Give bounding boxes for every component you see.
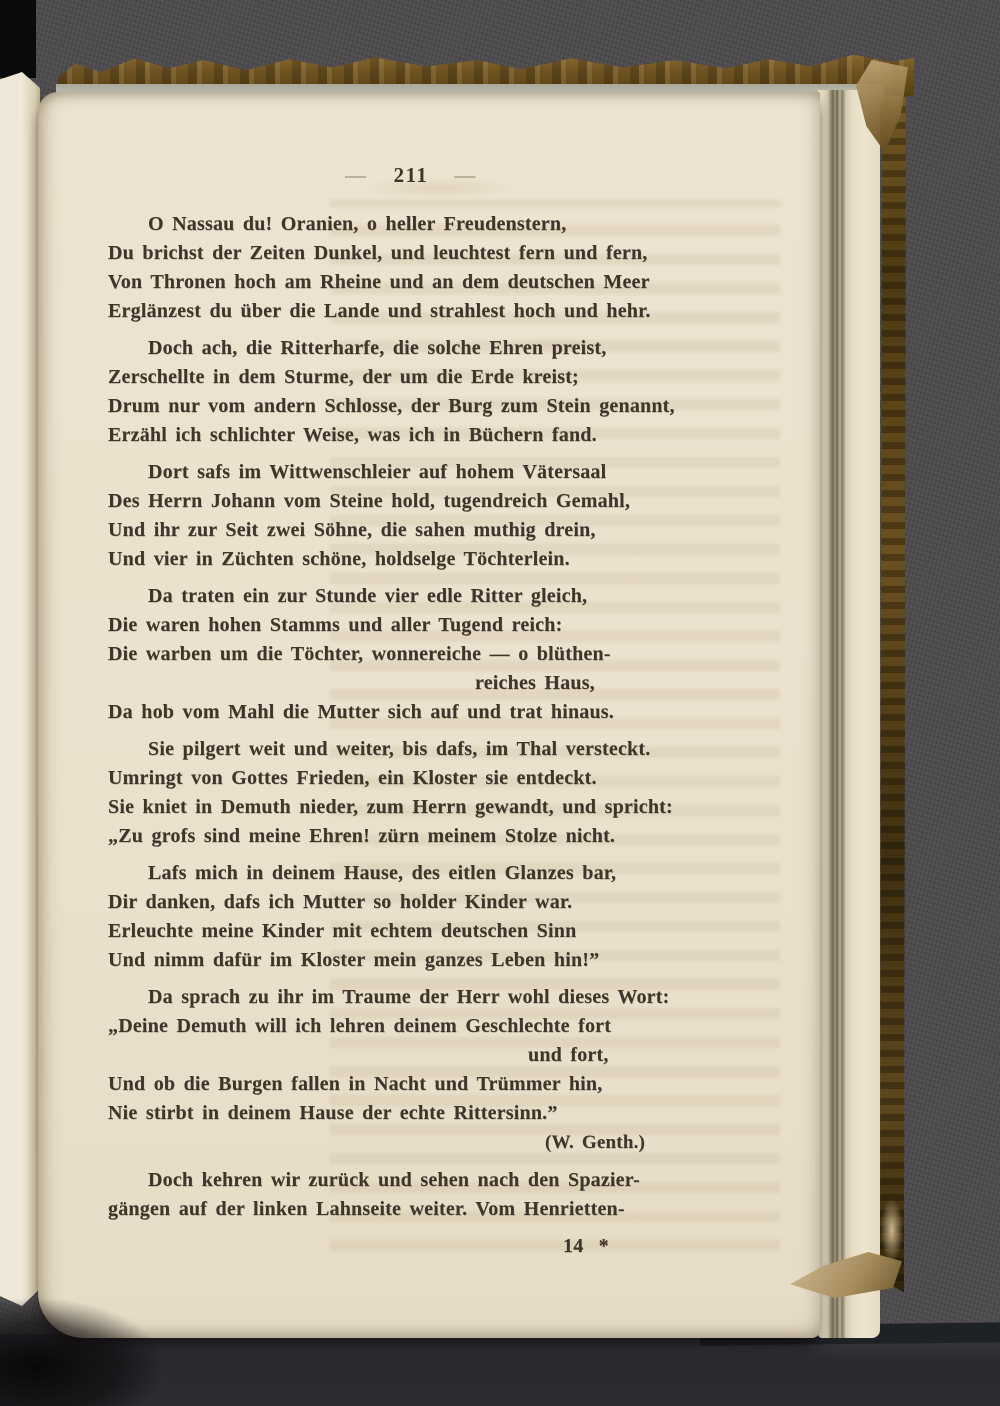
poem-line: Und vier in Züchten schöne, holdselge Tö…: [108, 545, 714, 574]
poem-line: „Deine Demuth will ich lehren deinem Ges…: [108, 1012, 714, 1041]
poem-line: Da traten ein zur Stunde vier edle Ritte…: [108, 582, 714, 611]
stanza-5: Sie pilgert weit und weiter, bis dafs, i…: [108, 735, 714, 851]
poem-line: Erzähl ich schlichter Weise, was ich in …: [108, 421, 714, 450]
poem-line: O Nassau du! Oranien, o heller Freudenst…: [108, 210, 714, 239]
closing-line: gängen auf der linken Lahnseite weiter. …: [108, 1195, 714, 1224]
leather-cover-edge: [880, 58, 906, 1292]
book-scan: —211— O Nassau du! Oranien, o heller Fre…: [0, 0, 1000, 1406]
header-dash-left: —: [345, 163, 368, 187]
poem-line: Und ihr zur Seit zwei Söhne, die sahen m…: [108, 516, 714, 545]
poem-line: Sie kniet in Demuth nieder, zum Herrn ge…: [108, 793, 714, 822]
facing-page-sliver: [0, 72, 40, 1306]
poem-line: Erleuchte meine Kinder mit echtem deutsc…: [108, 917, 714, 946]
closing-line: Doch kehren wir zurück und sehen nach de…: [108, 1166, 714, 1195]
poem-line: Und nimm dafür im Kloster mein ganzes Le…: [108, 946, 714, 975]
poem-line: Da hob vom Mahl die Mutter sich auf und …: [108, 698, 714, 727]
poem-line: Lafs mich in deinem Hause, des eitlen Gl…: [108, 859, 714, 888]
poem-line: Umringt von Gottes Frieden, ein Kloster …: [108, 764, 714, 793]
poem-line: Die warben um die Töchter, wonnereiche —…: [108, 640, 714, 669]
poem-line: Dir danken, dafs ich Mutter so holder Ki…: [108, 888, 714, 917]
poem-line: Drum nur vom andern Schlosse, der Burg z…: [108, 392, 714, 421]
poem-line: Nie stirbt in deinem Hause der echte Rit…: [108, 1099, 714, 1128]
poem-line-runover: und fort,: [108, 1041, 714, 1070]
poem-line: Und ob die Burgen fallen in Nacht und Tr…: [108, 1070, 714, 1099]
poem-line: „Zu grofs sind meine Ehren! zürn meinem …: [108, 822, 714, 851]
poem-line-runover: reiches Haus,: [108, 669, 714, 698]
poem-attribution: (W. Genth.): [108, 1128, 714, 1157]
stanza-7: Da sprach zu ihr im Traume der Herr wohl…: [108, 983, 714, 1157]
gutter-corner-shadow: [0, 1230, 300, 1406]
poem-line: Du brichst der Zeiten Dunkel, und leucht…: [108, 239, 714, 268]
stanza-3: Dort safs im Wittwenschleier auf hohem V…: [108, 458, 714, 574]
poem-line: Zerschellte in dem Sturme, der um die Er…: [108, 363, 714, 392]
poem-line: Da sprach zu ihr im Traume der Herr wohl…: [108, 983, 714, 1012]
stanza-2: Doch ach, die Ritterharfe, die solche Eh…: [108, 334, 714, 450]
printed-text: —211— O Nassau du! Oranien, o heller Fre…: [108, 0, 714, 1300]
poem-line: Doch ach, die Ritterharfe, die solche Eh…: [108, 334, 714, 363]
poem-line: Die waren hohen Stamms und aller Tugend …: [108, 611, 714, 640]
header-dash-right: —: [454, 163, 477, 187]
page-header: —211—: [108, 160, 714, 190]
poem-line: Dort safs im Wittwenschleier auf hohem V…: [108, 458, 714, 487]
poem-line: Von Thronen hoch am Rheine und an dem de…: [108, 268, 714, 297]
stanza-4: Da traten ein zur Stunde vier edle Ritte…: [108, 582, 714, 727]
poem-line: Des Herrn Johann vom Steine hold, tugend…: [108, 487, 714, 516]
fore-edge-page-stack: [818, 90, 880, 1338]
poem: O Nassau du! Oranien, o heller Freudenst…: [108, 210, 714, 1261]
stanza-6: Lafs mich in deinem Hause, des eitlen Gl…: [108, 859, 714, 975]
black-corner-strip: [0, 0, 36, 78]
poem-line: Sie pilgert weit und weiter, bis dafs, i…: [108, 735, 714, 764]
stanza-1: O Nassau du! Oranien, o heller Freudenst…: [108, 210, 714, 326]
page-number: 211: [394, 163, 429, 187]
closing-paragraph: Doch kehren wir zurück und sehen nach de…: [108, 1166, 714, 1224]
poem-line: Erglänzest du über die Lande und strahle…: [108, 297, 714, 326]
